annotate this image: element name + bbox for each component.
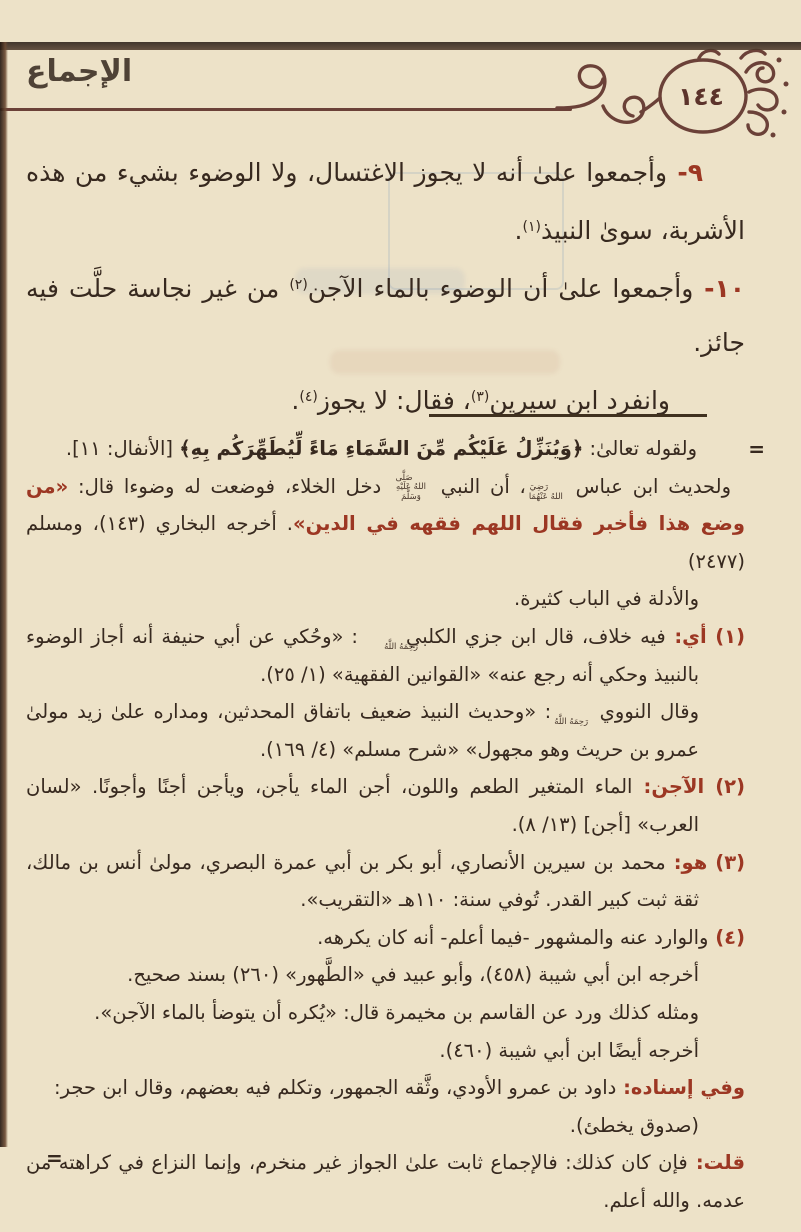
text-segment: (٢) bbox=[704, 775, 745, 798]
page-number: ١٤٤ bbox=[671, 82, 731, 111]
text-segment: ٩- bbox=[667, 158, 703, 187]
footnote-4g: قلت: فإن كان كذلك: فالإجماع ثابت علىٰ ال… bbox=[26, 1144, 745, 1219]
text-segment: محمد بن سيرين الأنصاري، أبو بكر بن أبي ع… bbox=[20, 851, 699, 912]
continuation-marker-top: = bbox=[748, 437, 765, 461]
footnote-1: (١) أي: فيه خلاف، قال ابن جزي الكلبي رَح… bbox=[26, 618, 745, 693]
continuation-hadith: ولحديث ابن عباس رَضِيَ اللهُ عَنْهُمَا، … bbox=[26, 468, 745, 581]
footnote-4b: أخرجه ابن أبي شيبة (٤٥٨)، وأبو عبيد في «… bbox=[26, 956, 745, 994]
honorific-ligature: رَحِمَهُ اللَّهُ bbox=[551, 718, 591, 728]
text-segment: الآجن: bbox=[632, 775, 704, 798]
page-title: الإجماع bbox=[26, 54, 132, 89]
footnote-ref: (٣) bbox=[471, 389, 489, 405]
text-segment: ولقوله تعالىٰ: bbox=[583, 437, 697, 460]
footnote-ref: (٢) bbox=[289, 277, 307, 293]
book-page: { "theme": { "bg": "#ede2c8", "ink": "#3… bbox=[0, 0, 801, 1232]
text-segment: دخل الخلاء، فوضعت له وضوءا قال: bbox=[68, 475, 391, 498]
text-segment: (٣) bbox=[707, 851, 745, 874]
text-segment: ١٠- bbox=[693, 274, 745, 303]
footnote-3: (٣) هو: محمد بن سيرين الأنصاري، أبو بكر … bbox=[26, 844, 745, 919]
footnote-ref: (٤) bbox=[299, 389, 317, 405]
item-10-dissent: وانفرد ابن سيرين(٣)، فقال: لا يجوز(٤). bbox=[26, 370, 745, 428]
text-segment: (٤) bbox=[708, 926, 745, 949]
footnote-4e: وفي إسناده: داود بن عمرو الأودي، وثَّقه … bbox=[26, 1069, 745, 1107]
item-10: ١٠- وأجمعوا علىٰ أن الوضوء بالماء الآجن(… bbox=[26, 258, 745, 370]
item-9: ٩- وأجمعوا علىٰ أنه لا يجوز الاغتسال، ول… bbox=[26, 146, 745, 258]
continuation-close: والأدلة في الباب كثيرة. bbox=[26, 580, 745, 618]
main-text: ٩- وأجمعوا علىٰ أنه لا يجوز الاغتسال، ول… bbox=[26, 146, 745, 428]
footnote-2: (٢) الآجن: الماء المتغير الطعم واللون، أ… bbox=[26, 768, 745, 843]
text-segment: ﴿وَيُنَزِّلُ عَلَيْكُم مِّنَ السَّمَاءِ … bbox=[179, 437, 583, 460]
text-segment: أي: bbox=[666, 625, 707, 648]
footnote-4c: ومثله كذلك ورد عن القاسم بن مخيمرة قال: … bbox=[26, 994, 745, 1032]
text-segment: هو: bbox=[666, 851, 708, 874]
text-segment: ولحديث ابن عباس bbox=[566, 475, 731, 498]
text-segment: فإن كان كذلك: فالإجماع ثابت علىٰ الجواز … bbox=[20, 1151, 745, 1212]
text-segment: ومثله كذلك ورد عن القاسم بن مخيمرة قال: … bbox=[94, 1001, 699, 1024]
text-segment: وقال النووي bbox=[591, 700, 699, 723]
honorific-ligature: رَضِيَ اللهُ عَنْهُمَا bbox=[526, 483, 566, 502]
text-segment: (١) bbox=[707, 625, 745, 648]
text-segment: ، فقال: لا يجوز bbox=[318, 386, 471, 415]
text-segment: الماء المتغير الطعم واللون، أجن الماء يأ… bbox=[20, 775, 699, 836]
text-segment: والوارد عنه والمشهور -فيما أعلم- أنه كان… bbox=[317, 926, 708, 949]
scan-left-edge bbox=[0, 42, 8, 1147]
footnotes-text: ولقوله تعالىٰ: ﴿وَيُنَزِّلُ عَلَيْكُم مِ… bbox=[26, 430, 745, 1219]
text-segment: ، أن النبي bbox=[431, 475, 526, 498]
text-segment: فيه خلاف، قال ابن جزي الكلبي bbox=[398, 625, 666, 648]
text-segment: وأجمعوا علىٰ أن الوضوء بالماء الآجن bbox=[308, 274, 694, 303]
header-rule bbox=[0, 108, 572, 111]
text-segment: . bbox=[515, 216, 523, 245]
text-segment: أخرجه أيضًا ابن أبي شيبة (٤٦٠). bbox=[439, 1039, 699, 1062]
honorific-ligature: صَلَّى اللهُ عَلَيْهِ وَسَلَّمَ bbox=[391, 474, 431, 503]
footnote-4: (٤) والوارد عنه والمشهور -فيما أعلم- أنه… bbox=[26, 919, 745, 957]
footnote-separator bbox=[429, 414, 707, 417]
footnote-4d: أخرجه أيضًا ابن أبي شيبة (٤٦٠). bbox=[26, 1032, 745, 1070]
text-segment: وفي إسناده: bbox=[616, 1076, 745, 1099]
text-segment: أخرجه ابن أبي شيبة (٤٥٨)، وأبو عبيد في «… bbox=[127, 963, 699, 986]
text-segment: وانفرد ابن سيرين bbox=[489, 386, 670, 415]
honorific-ligature: رَحِمَهُ اللَّهُ bbox=[358, 643, 398, 653]
footnote-ref: (١) bbox=[523, 219, 541, 235]
continuation-marker-bottom: = bbox=[46, 1146, 63, 1170]
text-segment: قلت: bbox=[688, 1151, 745, 1174]
text-segment: والأدلة في الباب كثيرة. bbox=[514, 587, 699, 610]
text-segment: داود بن عمرو الأودي، وثَّقه الجمهور، وتك… bbox=[54, 1076, 616, 1099]
text-segment: وأجمعوا علىٰ أنه لا يجوز الاغتسال، ولا ا… bbox=[18, 158, 745, 245]
text-segment: [الأنفال: ١١]. bbox=[66, 437, 179, 460]
continuation-verse: ولقوله تعالىٰ: ﴿وَيُنَزِّلُ عَلَيْكُم مِ… bbox=[26, 430, 745, 468]
scan-top-edge bbox=[0, 42, 801, 50]
footnote-1b: وقال النووي رَحِمَهُ اللَّهُ: «وحديث الن… bbox=[26, 693, 745, 768]
text-segment: (صدوق يخطئ). bbox=[570, 1114, 699, 1137]
footnote-4f: (صدوق يخطئ). bbox=[26, 1107, 745, 1145]
